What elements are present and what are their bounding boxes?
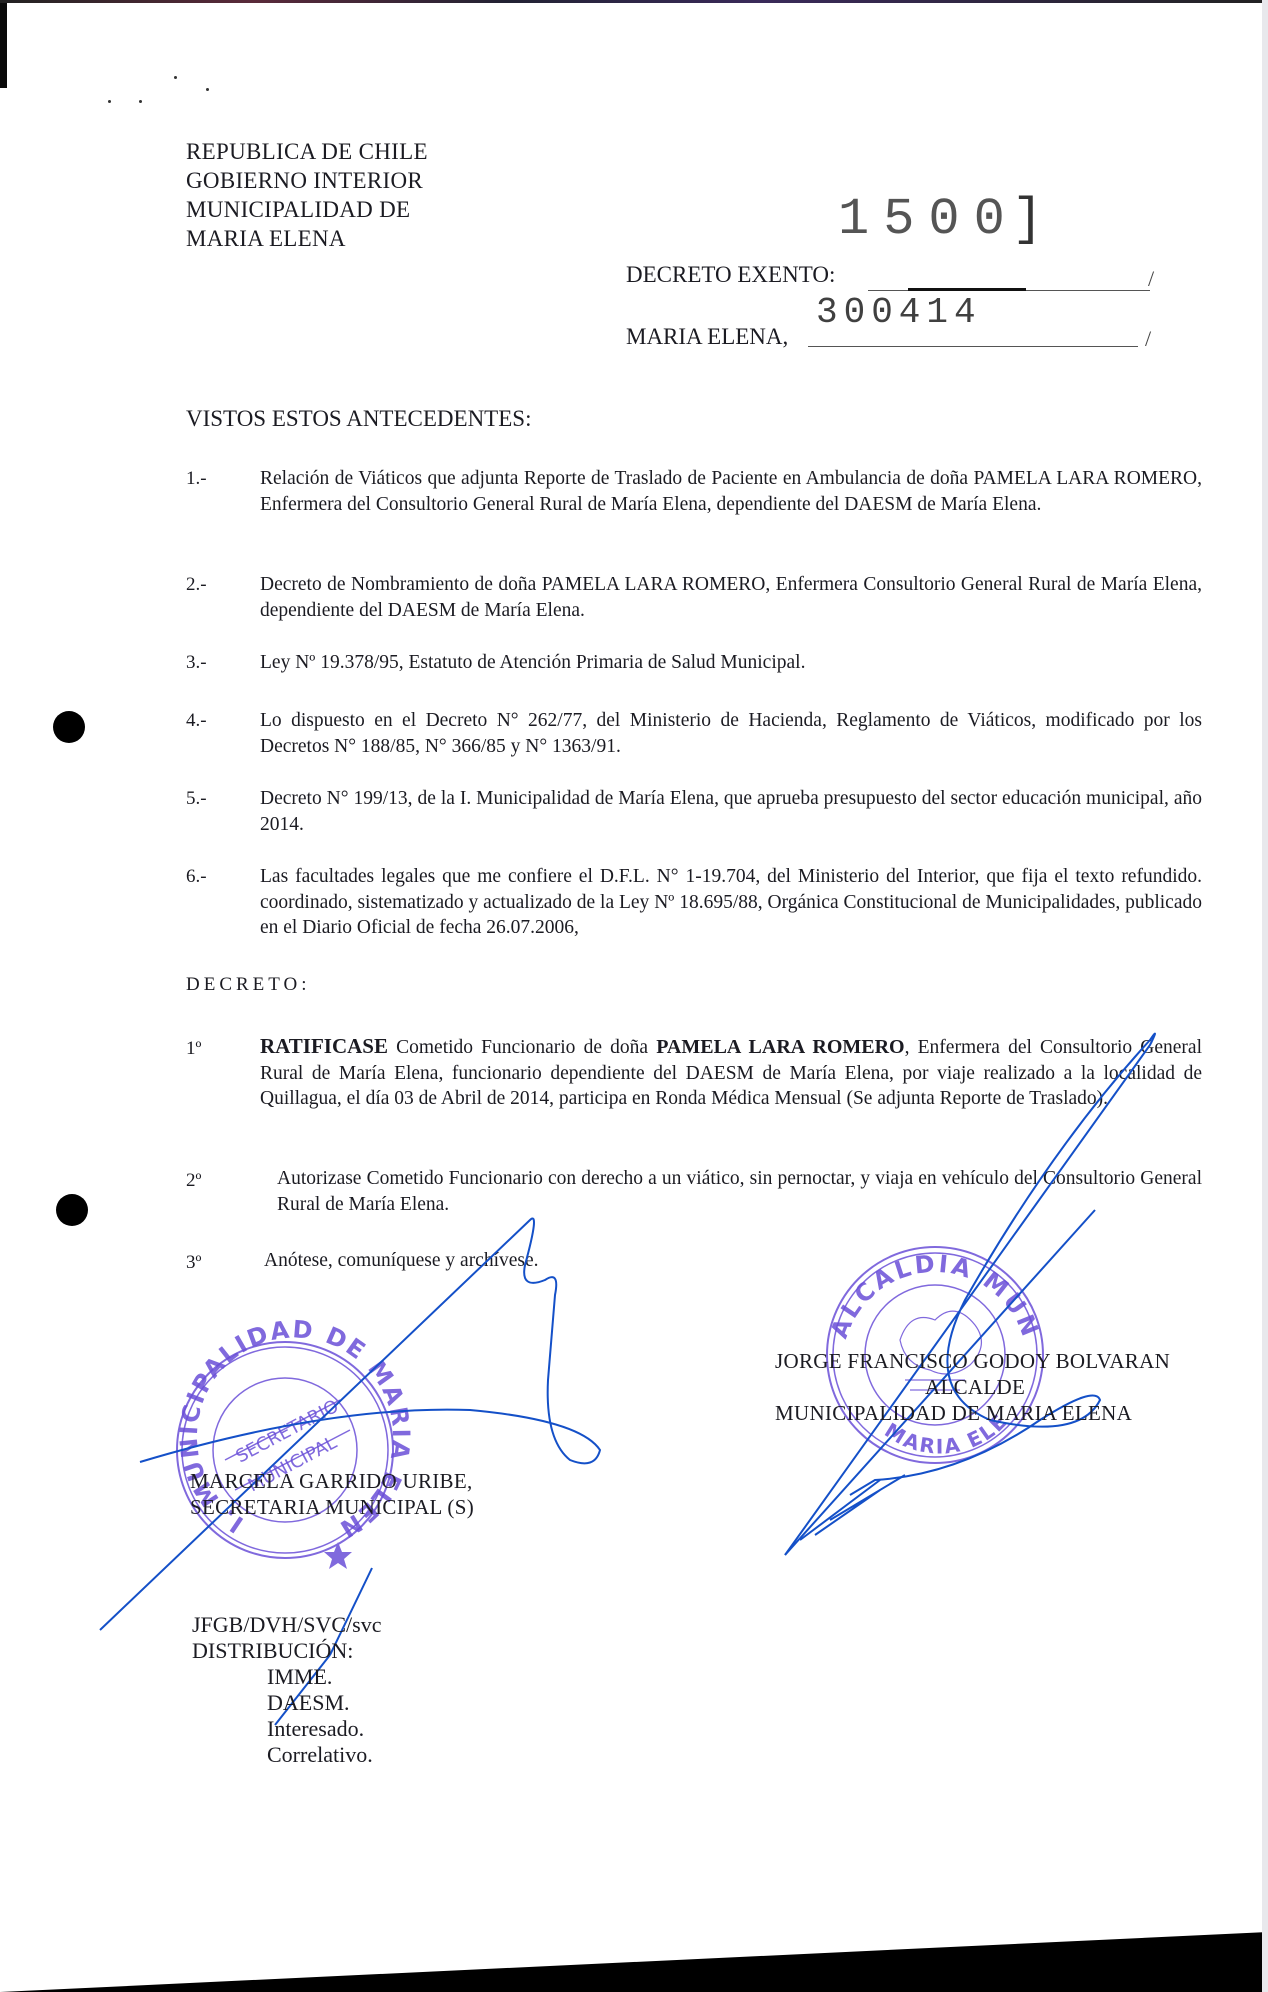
decree-item-number: 3º [186,1252,201,1274]
scan-speck [139,100,142,103]
place-label: MARIA ELENA, [626,324,788,350]
antecedent-text: Las facultades legales que me confiere e… [260,864,1202,941]
header-line: REPUBLICA DE CHILE [186,137,428,166]
employee-name: PAMELA LARA ROMERO [656,1036,904,1058]
antecedent-text: Decreto N° 199/13, de la I. Municipalida… [260,786,1202,837]
antecedent-text: Lo dispuesto en el Decreto N° 262/77, de… [260,708,1202,759]
decree-title: DECRETO: [186,974,311,996]
field-slash: / [1148,266,1154,292]
decree-item-text: RATIFICASE Cometido Funcionario de doña … [260,1034,1202,1112]
antecedent-text: Relación de Viáticos que adjunta Reporte… [260,466,1202,517]
mayor-organization: MUNICIPALIDAD DE MARIA ELENA [775,1400,1132,1426]
antecedent-number: 3.- [186,652,207,674]
decree-verb: RATIFICASE [260,1034,388,1058]
scan-border-left [0,0,7,88]
punch-hole [56,1194,88,1226]
decree-number-stamp: 1500 [838,190,1019,249]
issuer-header: REPUBLICA DE CHILE GOBIERNO INTERIOR MUN… [186,137,428,253]
distribution-item: IMME. [267,1664,332,1690]
decree-item-number: 2º [186,1170,201,1192]
secretary-stamp [177,1342,393,1569]
stamps-and-signatures: ALCALDIA MUNICIPAL MARIA ELENA I. MUNICI… [0,0,1268,1992]
mayor-title: ALCALDE [925,1374,1025,1400]
antecedent-number: 6.- [186,866,207,888]
decree-item-text: Autorizase Cometido Funcionario con dere… [277,1166,1202,1217]
decree-text-part: Cometido Funcionario de doña [388,1037,656,1058]
secretary-title: SECRETARIA MUNICIPAL (S) [190,1494,474,1520]
decree-number-mark: ] [1012,190,1043,249]
antecedent-number: 4.- [186,710,207,732]
distribution-label: DISTRIBUCIÓN: [192,1638,353,1664]
distribution-item: DAESM. [267,1690,350,1716]
date-stamp: 300414 [816,292,982,333]
mayor-name: JORGE FRANCISCO GODOY BOLVARAN [775,1348,1170,1374]
antecedents-title: VISTOS ESTOS ANTECEDENTES: [186,406,531,432]
antecedent-text: Ley Nº 19.378/95, Estatuto de Atención P… [260,650,1202,676]
punch-hole [53,711,85,743]
scan-border-top [0,0,1268,3]
decree-item-text: Anótese, comuníquese y archívese. [264,1248,1206,1274]
mayor-signature [785,1034,1155,1555]
date-line [808,346,1138,347]
antecedent-text: Decreto de Nombramiento de doña PAMELA L… [260,572,1202,623]
scan-speck [174,76,177,79]
distribution-item: Correlativo. [267,1742,373,1768]
scan-border-bottom [0,0,1268,1992]
antecedent-number: 1.- [186,468,207,490]
secretary-name: MARCELA GARRIDO URIBE, [190,1468,473,1494]
antecedent-number: 2.- [186,574,207,596]
antecedent-number: 5.- [186,788,207,810]
distribution-item: Interesado. [267,1716,364,1742]
field-slash: / [1145,326,1151,352]
decreto-exento-mark [908,288,1026,291]
scan-speck [206,88,209,91]
secretary-stamp-center-1: SECRETARIO [232,1396,342,1468]
header-line: MUNICIPALIDAD DE [186,195,428,224]
header-line: MARIA ELENA [186,224,428,253]
decree-item-number: 1º [186,1038,201,1060]
scan-speck [108,100,111,103]
reference-initials: JFGB/DVH/SVC/svc [192,1612,381,1638]
header-line: GOBIERNO INTERIOR [186,166,428,195]
decreto-exento-label: DECRETO EXENTO: [626,262,835,288]
